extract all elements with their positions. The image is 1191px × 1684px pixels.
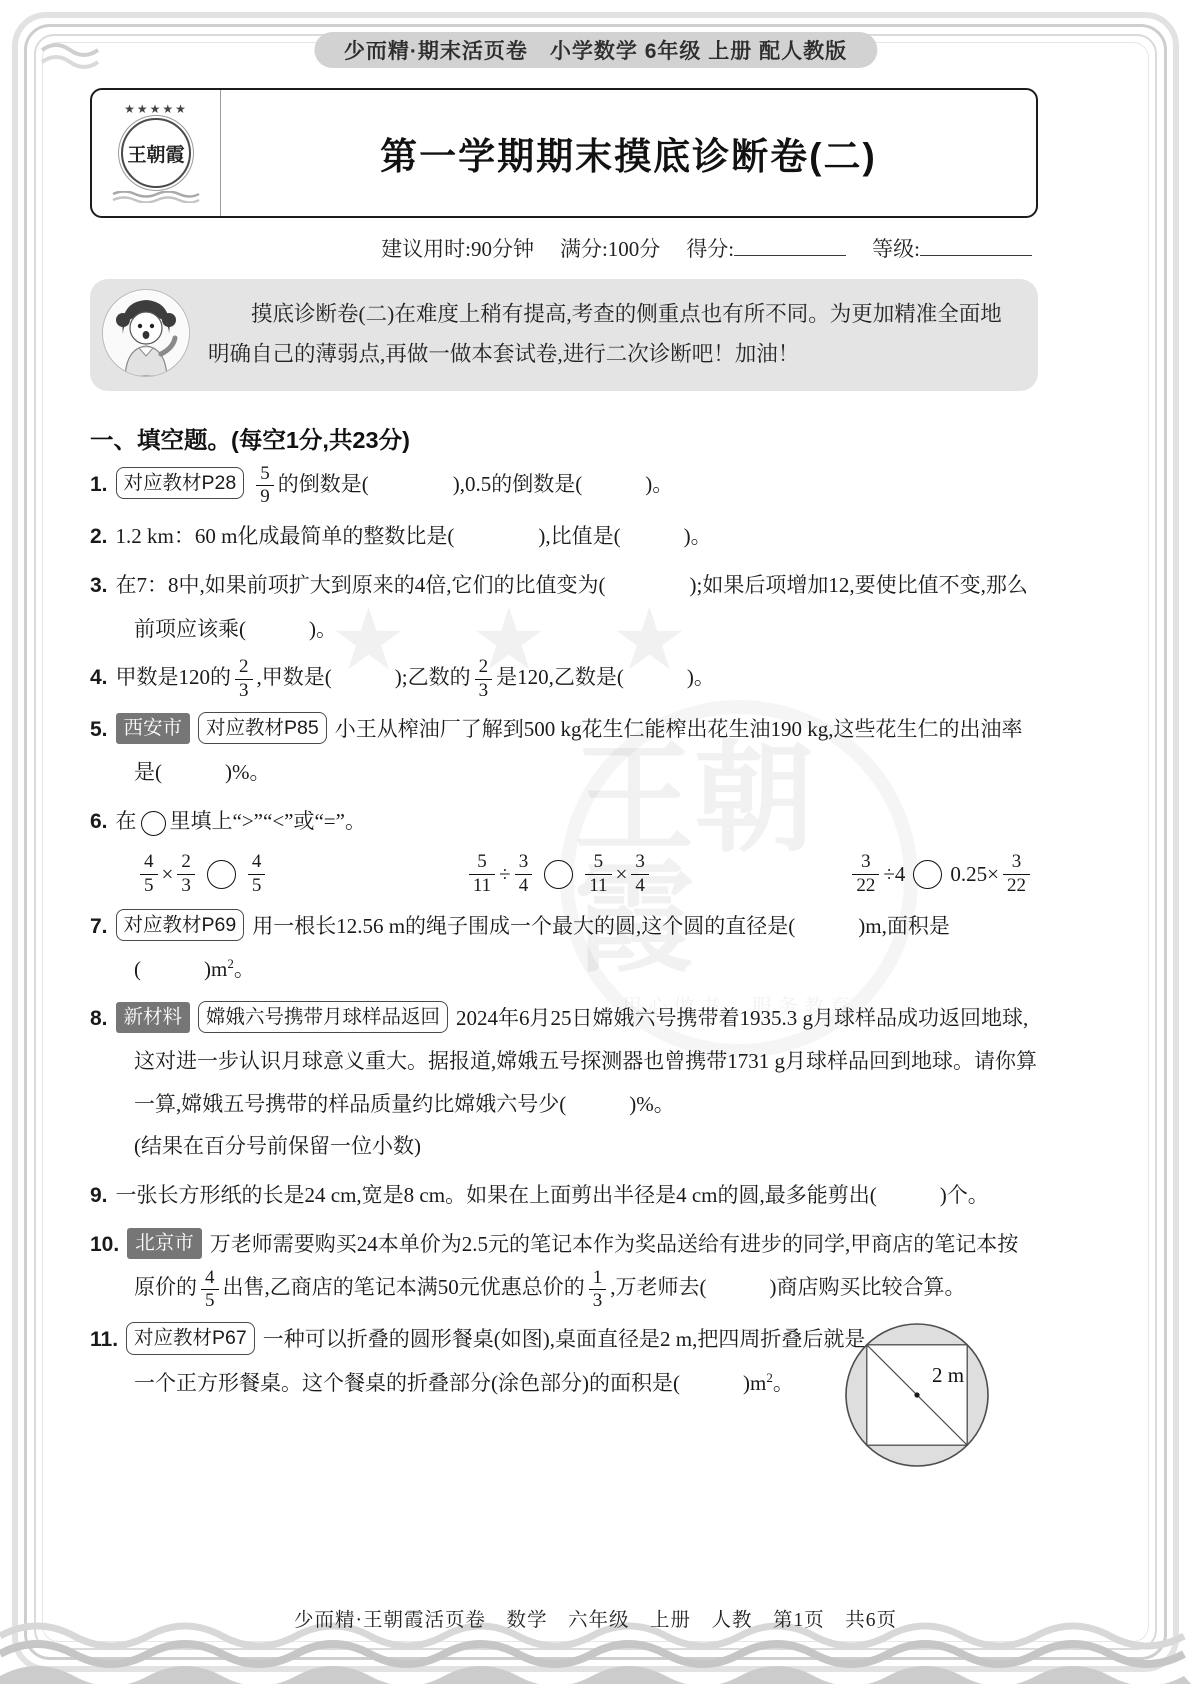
- fraction: 59: [256, 463, 274, 509]
- fraction: 322: [1003, 851, 1030, 897]
- circle-square-figure: 2 m: [886, 1320, 1042, 1484]
- fraction: 23: [177, 851, 195, 897]
- score-blank: [734, 232, 846, 256]
- paper-body: ★★★★★ 王朝霞 第一学期期末摸底诊断卷(二) 建议用时:90分钟 满分:10…: [90, 88, 1038, 1485]
- girl-illustration-icon: [103, 290, 189, 376]
- tag-badge: 新材料: [116, 1002, 191, 1033]
- comparison-circle: [141, 811, 166, 836]
- fraction-numerator: 3: [631, 851, 649, 874]
- fraction-numerator: 3: [515, 851, 533, 874]
- question: 10.北京市万老师需要购买24本单价为2.5元的笔记本作为奖品送给有进步的同学,…: [90, 1223, 1038, 1313]
- question-number: 7.: [90, 915, 108, 938]
- fraction-denominator: 5: [201, 1290, 219, 1312]
- logo-stars-icon: ★★★★★: [124, 103, 188, 115]
- grade-label: 等级:: [872, 232, 1032, 263]
- textbook-ref-badge: 对应教材P67: [126, 1322, 255, 1354]
- title-box: ★★★★★ 王朝霞 第一学期期末摸底诊断卷(二): [90, 88, 1038, 218]
- fraction: 34: [515, 851, 533, 897]
- question: 3.在7：8中,如果前项扩大到原来的4倍,它们的比值变为( );如果后项增加12…: [90, 564, 1038, 650]
- full-score: 满分:100分: [560, 233, 660, 263]
- fraction-denominator: 3: [235, 680, 253, 702]
- tag-badge: 北京市: [127, 1228, 202, 1259]
- score-label: 得分:: [686, 232, 846, 263]
- fraction: 23: [235, 656, 253, 702]
- superscript: 2: [766, 1370, 773, 1385]
- fraction-numerator: 2: [235, 656, 253, 679]
- fraction-numerator: 5: [256, 463, 274, 486]
- superscript: 2: [227, 956, 234, 971]
- fraction: 34: [631, 851, 649, 897]
- fraction-denominator: 5: [248, 875, 266, 897]
- question: 4.甲数是120的23,甲数是( );乙数的23是120,乙数是( )。: [90, 656, 1038, 702]
- fraction: 322: [852, 851, 879, 897]
- textbook-ref-badge: 对应教材P28: [116, 467, 245, 499]
- page-title: 第一学期期末摸底诊断卷(二): [380, 126, 877, 180]
- fraction-denominator: 4: [515, 875, 533, 897]
- notice-text: 摸底诊断卷(二)在难度上稍有提高,考查的侧重点也有所不同。为更加精准全面地明确自…: [208, 295, 1012, 375]
- comparison-circle: [913, 860, 942, 889]
- figure-label: 2 m: [932, 1363, 964, 1387]
- suggested-time: 建议用时:90分钟: [381, 233, 534, 263]
- fraction-numerator: 4: [248, 851, 266, 874]
- fraction-numerator: 5: [469, 851, 495, 874]
- fraction-numerator: 3: [1003, 851, 1030, 874]
- fraction-denominator: 3: [589, 1290, 607, 1312]
- expression-row: 45×2345511÷34511×34322÷40.25×322: [134, 843, 1038, 899]
- fraction-denominator: 5: [140, 875, 158, 897]
- fraction-denominator: 4: [631, 875, 649, 897]
- question-number: 4.: [90, 666, 108, 689]
- fraction: 45: [248, 851, 266, 897]
- textbook-ref-badge: 对应教材P69: [116, 909, 245, 941]
- fraction: 13: [589, 1267, 607, 1313]
- question-number: 11.: [90, 1328, 118, 1351]
- teacher-avatar: [102, 289, 190, 377]
- title-cell: 第一学期期末摸底诊断卷(二): [221, 90, 1036, 216]
- grade-blank: [920, 232, 1032, 256]
- brand-logo: ★★★★★ 王朝霞: [92, 90, 221, 216]
- fraction-denominator: 3: [177, 875, 195, 897]
- page-footer: 少而精·王朝霞活页卷 数学 六年级 上册 人教 第1页 共6页: [0, 1604, 1191, 1632]
- fraction-numerator: 2: [177, 851, 195, 874]
- fraction-numerator: 2: [475, 656, 493, 679]
- fraction: 511: [469, 851, 495, 897]
- question-number: 9.: [90, 1184, 108, 1207]
- info-line: 建议用时:90分钟 满分:100分 得分: 等级:: [90, 232, 1032, 263]
- question-number: 3.: [90, 574, 108, 597]
- question: 1.对应教材P2859的倒数是( ),0.5的倒数是( )。: [90, 463, 1038, 509]
- fraction-denominator: 3: [475, 680, 493, 702]
- fraction: 23: [475, 656, 493, 702]
- fraction-denominator: 11: [469, 875, 495, 897]
- question: 2 m 11.对应教材P67一种可以折叠的圆形餐桌(如图),桌面直径是2 m,把…: [90, 1318, 1038, 1484]
- tag-badge: 西安市: [116, 713, 191, 744]
- fraction-numerator: 1: [589, 1267, 607, 1290]
- notice-box: 摸底诊断卷(二)在难度上稍有提高,考查的侧重点也有所不同。为更加精准全面地明确自…: [90, 279, 1038, 391]
- comparison-expression: 511÷34511×34: [465, 851, 653, 897]
- fraction-denominator: 11: [585, 875, 611, 897]
- question: 5.西安市对应教材P85小王从榨油厂了解到500 kg花生仁能榨出花生油190 …: [90, 708, 1038, 794]
- comparison-expression: 322÷40.25×322: [848, 851, 1034, 897]
- question-number: 6.: [90, 810, 108, 833]
- fraction-numerator: 5: [585, 851, 611, 874]
- fraction: 45: [140, 851, 158, 897]
- question: 2.1.2 km：60 m化成最简单的整数比是( ),比值是( )。: [90, 515, 1038, 558]
- corner-wave-icon: [40, 40, 100, 80]
- fraction: 511: [585, 851, 611, 897]
- fraction: 45: [201, 1267, 219, 1313]
- comparison-expression: 45×2345: [136, 851, 269, 897]
- textbook-ref-badge: 对应教材P85: [198, 712, 327, 744]
- comparison-circle: [544, 860, 573, 889]
- questions: 1.对应教材P2859的倒数是( ),0.5的倒数是( )。2.1.2 km：6…: [90, 463, 1038, 1485]
- logo-ring: 王朝霞: [121, 118, 191, 188]
- series-header: 少而精·期末活页卷 小学数学 6年级 上册 配人教版: [314, 32, 877, 68]
- exam-paper-page: 少而精·期末活页卷 小学数学 6年级 上册 配人教版 ★ ★ ★ 王朝霞 用心做…: [0, 0, 1191, 1684]
- question-number: 5.: [90, 718, 108, 741]
- question-number: 10.: [90, 1233, 119, 1256]
- fraction-denominator: 9: [256, 486, 274, 508]
- fraction-denominator: 22: [852, 875, 879, 897]
- comparison-circle: [207, 860, 236, 889]
- question-number: 1.: [90, 473, 108, 496]
- section-heading: 一、填空题。(每空1分,共23分): [90, 421, 1038, 455]
- fraction-numerator: 4: [201, 1267, 219, 1290]
- textbook-ref-badge: 嫦娥六号携带月球样品返回: [198, 1001, 448, 1033]
- logo-brand-name: 王朝霞: [127, 140, 184, 167]
- question: 9.一张长方形纸的长是24 cm,宽是8 cm。如果在上面剪出半径是4 cm的圆…: [90, 1174, 1038, 1217]
- question: 6.在里填上“>”“<”或“=”。45×2345511÷34511×34322÷…: [90, 800, 1038, 899]
- fraction-numerator: 4: [140, 851, 158, 874]
- question-number: 8.: [90, 1007, 108, 1030]
- question: 7.对应教材P69用一根长12.56 m的绳子围成一个最大的圆,这个圆的直径是(…: [90, 905, 1038, 991]
- question: 8.新材料嫦娥六号携带月球样品返回2024年6月25日嫦娥六号携带着1935.3…: [90, 997, 1038, 1168]
- fraction-numerator: 3: [852, 851, 879, 874]
- question-number: 2.: [90, 525, 108, 548]
- fraction-denominator: 22: [1003, 875, 1030, 897]
- logo-wave-icon: [111, 191, 201, 203]
